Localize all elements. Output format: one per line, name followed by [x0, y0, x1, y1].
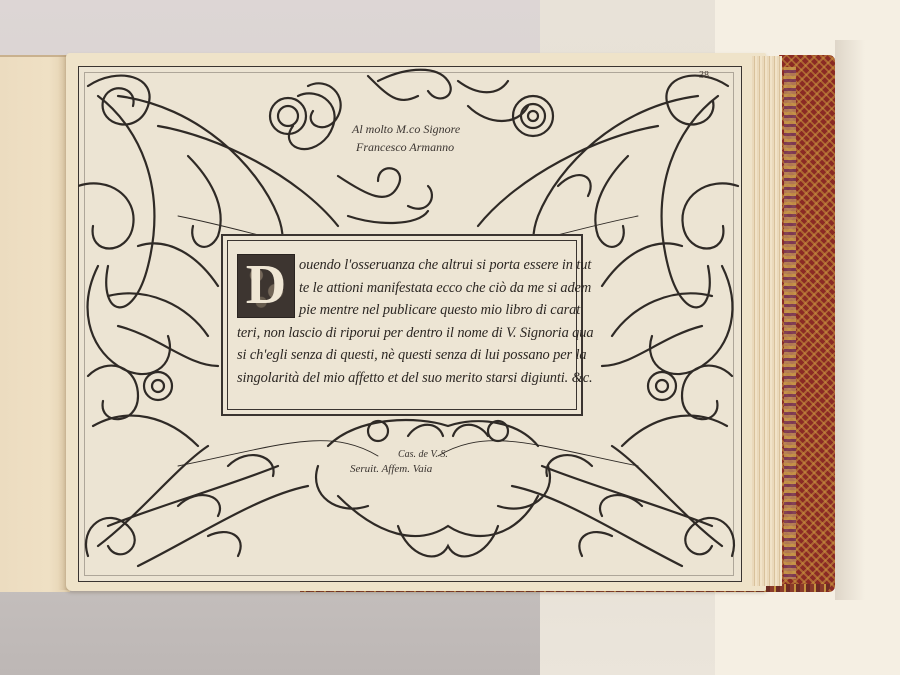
signature-line-2: Seruit. Affem. Vaia	[350, 462, 490, 476]
signature-cartouche: Cas. de V. S. Seruit. Affem. Vaia	[350, 448, 490, 476]
text-line: si ch'egli senza di questi, nè questi se…	[237, 344, 563, 367]
text-frame: D ouendo l'osseruanza che altrui si port…	[221, 234, 583, 416]
dedication-cartouche: Al molto M.co Signore Francesco Armanno	[352, 120, 482, 156]
dedication-line-2: Francesco Armanno	[352, 138, 482, 156]
marbled-endpaper	[784, 67, 796, 579]
page-number: 38	[699, 70, 709, 81]
book-cover-binding	[779, 55, 835, 592]
dedication-line-1: Al molto M.co Signore	[352, 120, 482, 138]
page-edges	[752, 56, 782, 586]
signature-line-1: Cas. de V. S.	[350, 448, 490, 462]
book-shadow	[835, 40, 865, 600]
text-line: teri, non lascio di riporui per dentro i…	[237, 322, 563, 345]
text-line: singolarità del mio affetto et del suo m…	[237, 367, 563, 390]
